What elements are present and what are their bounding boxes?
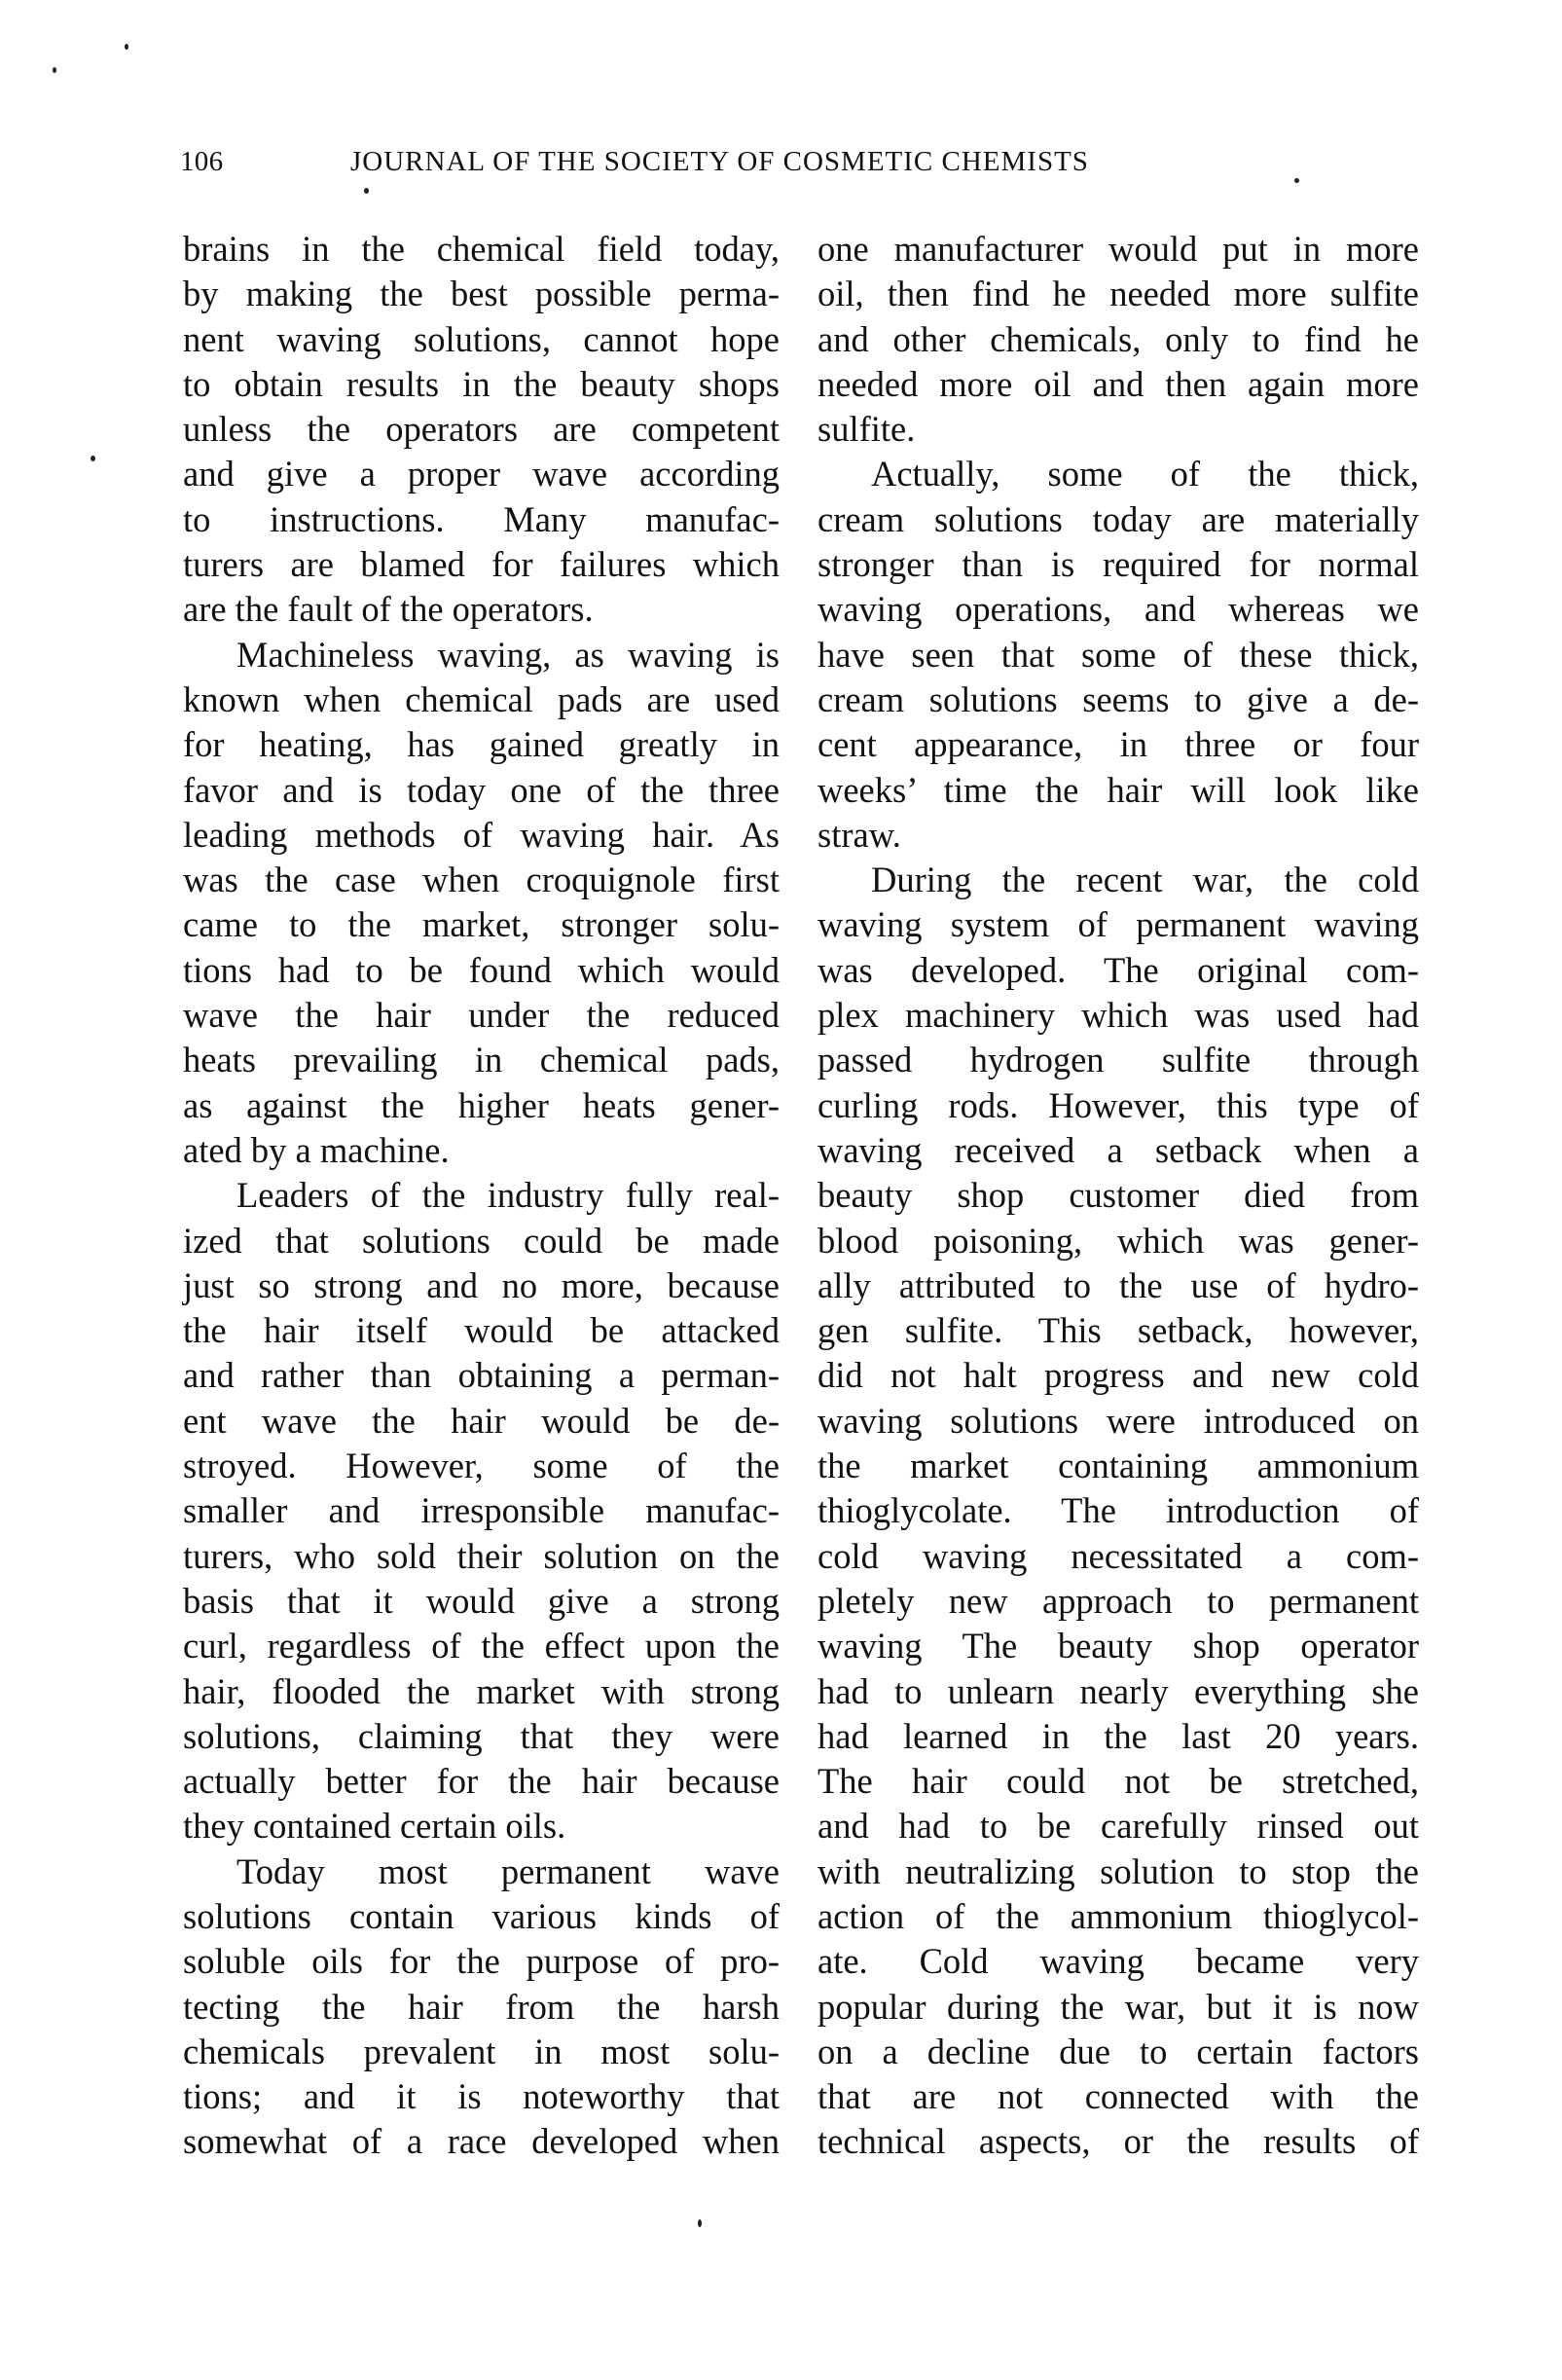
text-line: tions; and it is noteworthy that xyxy=(183,2074,780,2119)
text-line: passed hydrogen sulfite through xyxy=(817,1038,1419,1082)
text-line: The hair could not be stretched, xyxy=(817,1759,1419,1804)
text-line: they contained certain oils. xyxy=(183,1804,780,1849)
text-line: ated by a machine. xyxy=(183,1128,780,1173)
text-line: waving solutions were introduced on xyxy=(817,1399,1419,1444)
text-line: curl, regardless of the effect upon the xyxy=(183,1624,780,1668)
text-line: waving system of permanent waving xyxy=(817,902,1419,947)
text-line: wave the hair under the reduced xyxy=(183,993,780,1038)
text-line: heats prevailing in chemical pads, xyxy=(183,1038,780,1082)
text-line: one manufacturer would put in more xyxy=(817,227,1419,272)
running-header: 106 JOURNAL OF THE SOCIETY OF COSMETIC C… xyxy=(180,142,1197,181)
paragraph-start-line: Today most permanent wave xyxy=(183,1849,780,1894)
text-line: solutions contain various kinds of xyxy=(183,1894,780,1939)
text-line: waving received a setback when a xyxy=(817,1128,1419,1173)
text-line: turers, who sold their solution on the xyxy=(183,1534,780,1579)
text-line: and rather than obtaining a perman- xyxy=(183,1353,780,1398)
text-line: thioglycolate. The introduction of xyxy=(817,1488,1419,1533)
text-line: technical aspects, or the results of xyxy=(817,2119,1419,2164)
text-line: nent waving solutions, cannot hope xyxy=(183,317,780,362)
text-line: weeks’ time the hair will look like xyxy=(817,768,1419,813)
text-line: had to unlearn nearly everything she xyxy=(817,1669,1419,1714)
text-line: waving The beauty shop operator xyxy=(817,1624,1419,1668)
journal-title: JOURNAL OF THE SOCIETY OF COSMETIC CHEMI… xyxy=(350,142,1089,181)
text-line: sulfite. xyxy=(817,407,1419,452)
text-line: with neutralizing solution to stop the xyxy=(817,1849,1419,1894)
text-line: soluble oils for the purpose of pro- xyxy=(183,1939,780,1984)
text-line: ate. Cold waving became very xyxy=(817,1939,1419,1984)
text-line: ent wave the hair would be de- xyxy=(183,1399,780,1444)
text-line: cold waving necessitated a com- xyxy=(817,1534,1419,1579)
text-line: action of the ammonium thioglycol- xyxy=(817,1894,1419,1939)
text-line: was developed. The original com- xyxy=(817,948,1419,993)
text-line: and give a proper wave according xyxy=(183,452,780,496)
text-line: are the fault of the operators. xyxy=(183,587,780,632)
right-column: one manufacturer would put in more oil, … xyxy=(817,227,1419,2165)
text-line: gen sulfite. This setback, however, xyxy=(817,1308,1419,1353)
text-line: on a decline due to certain factors xyxy=(817,2030,1419,2074)
text-line: and had to be carefully rinsed out xyxy=(817,1804,1419,1849)
text-line: by making the best possible perma- xyxy=(183,272,780,316)
text-line: leading methods of waving hair. As xyxy=(183,813,780,858)
text-line: came to the market, stronger solu- xyxy=(183,902,780,947)
text-line: ally attributed to the use of hydro- xyxy=(817,1263,1419,1308)
text-line: that are not connected with the xyxy=(817,2074,1419,2119)
text-line: solutions, claiming that they were xyxy=(183,1714,780,1759)
page-number: 106 xyxy=(180,142,223,181)
text-line: unless the operators are competent xyxy=(183,407,780,452)
text-line: the market containing ammonium xyxy=(817,1444,1419,1488)
text-line: tecting the hair from the harsh xyxy=(183,1985,780,2030)
text-line: stroyed. However, some of the xyxy=(183,1444,780,1488)
text-line: popular during the war, but it is now xyxy=(817,1985,1419,2030)
text-line: somewhat of a race developed when xyxy=(183,2119,780,2164)
scan-speck xyxy=(125,44,128,50)
text-line: turers are blamed for failures which xyxy=(183,542,780,587)
text-line: just so strong and no more, because xyxy=(183,1263,780,1308)
text-line: cream solutions seems to give a de- xyxy=(817,677,1419,722)
text-line: hair, flooded the market with strong xyxy=(183,1669,780,1714)
paragraph-start-line: Actually, some of the thick, xyxy=(817,452,1419,496)
text-line: chemicals prevalent in most solu- xyxy=(183,2030,780,2074)
text-line: pletely new approach to permanent xyxy=(817,1579,1419,1624)
text-line: plex machinery which was used had xyxy=(817,993,1419,1038)
text-line: the hair itself would be attacked xyxy=(183,1308,780,1353)
text-line: basis that it would give a strong xyxy=(183,1579,780,1624)
text-line: to obtain results in the beauty shops xyxy=(183,362,780,407)
paragraph-start-line: Leaders of the industry fully real- xyxy=(183,1173,780,1218)
text-line: stronger than is required for normal xyxy=(817,542,1419,587)
text-line: for heating, has gained greatly in xyxy=(183,722,780,767)
text-line: beauty shop customer died from xyxy=(817,1173,1419,1218)
text-line: and other chemicals, only to find he xyxy=(817,317,1419,362)
text-line: ized that solutions could be made xyxy=(183,1219,780,1263)
text-line: had learned in the last 20 years. xyxy=(817,1714,1419,1759)
scan-speck xyxy=(364,188,369,194)
text-line: smaller and irresponsible manufac- xyxy=(183,1488,780,1533)
text-line: known when chemical pads are used xyxy=(183,677,780,722)
text-line: have seen that some of these thick, xyxy=(817,633,1419,677)
text-line: straw. xyxy=(817,813,1419,858)
text-line: tions had to be found which would xyxy=(183,948,780,993)
text-line: cream solutions today are materially xyxy=(817,497,1419,542)
text-line: curling rods. However, this type of xyxy=(817,1083,1419,1128)
scan-speck xyxy=(53,67,56,73)
scan-speck xyxy=(91,456,95,461)
text-line: oil, then find he needed more sulfite xyxy=(817,272,1419,316)
text-line: brains in the chemical field today, xyxy=(183,227,780,272)
paragraph-start-line: During the recent war, the cold xyxy=(817,858,1419,902)
left-column: brains in the chemical field today, by m… xyxy=(183,227,780,2165)
text-line: waving operations, and whereas we xyxy=(817,587,1419,632)
text-line: cent appearance, in three or four xyxy=(817,722,1419,767)
paragraph-start-line: Machineless waving, as waving is xyxy=(183,633,780,677)
scan-speck xyxy=(1294,178,1299,183)
text-line: was the case when croquignole first xyxy=(183,858,780,902)
text-line: favor and is today one of the three xyxy=(183,768,780,813)
text-line: as against the higher heats gener- xyxy=(183,1083,780,1128)
text-line: did not halt progress and new cold xyxy=(817,1353,1419,1398)
scan-speck xyxy=(698,2219,702,2227)
text-line: to instructions. Many manufac- xyxy=(183,497,780,542)
text-line: needed more oil and then again more xyxy=(817,362,1419,407)
text-line: blood poisoning, which was gener- xyxy=(817,1219,1419,1263)
text-line: actually better for the hair because xyxy=(183,1759,780,1804)
